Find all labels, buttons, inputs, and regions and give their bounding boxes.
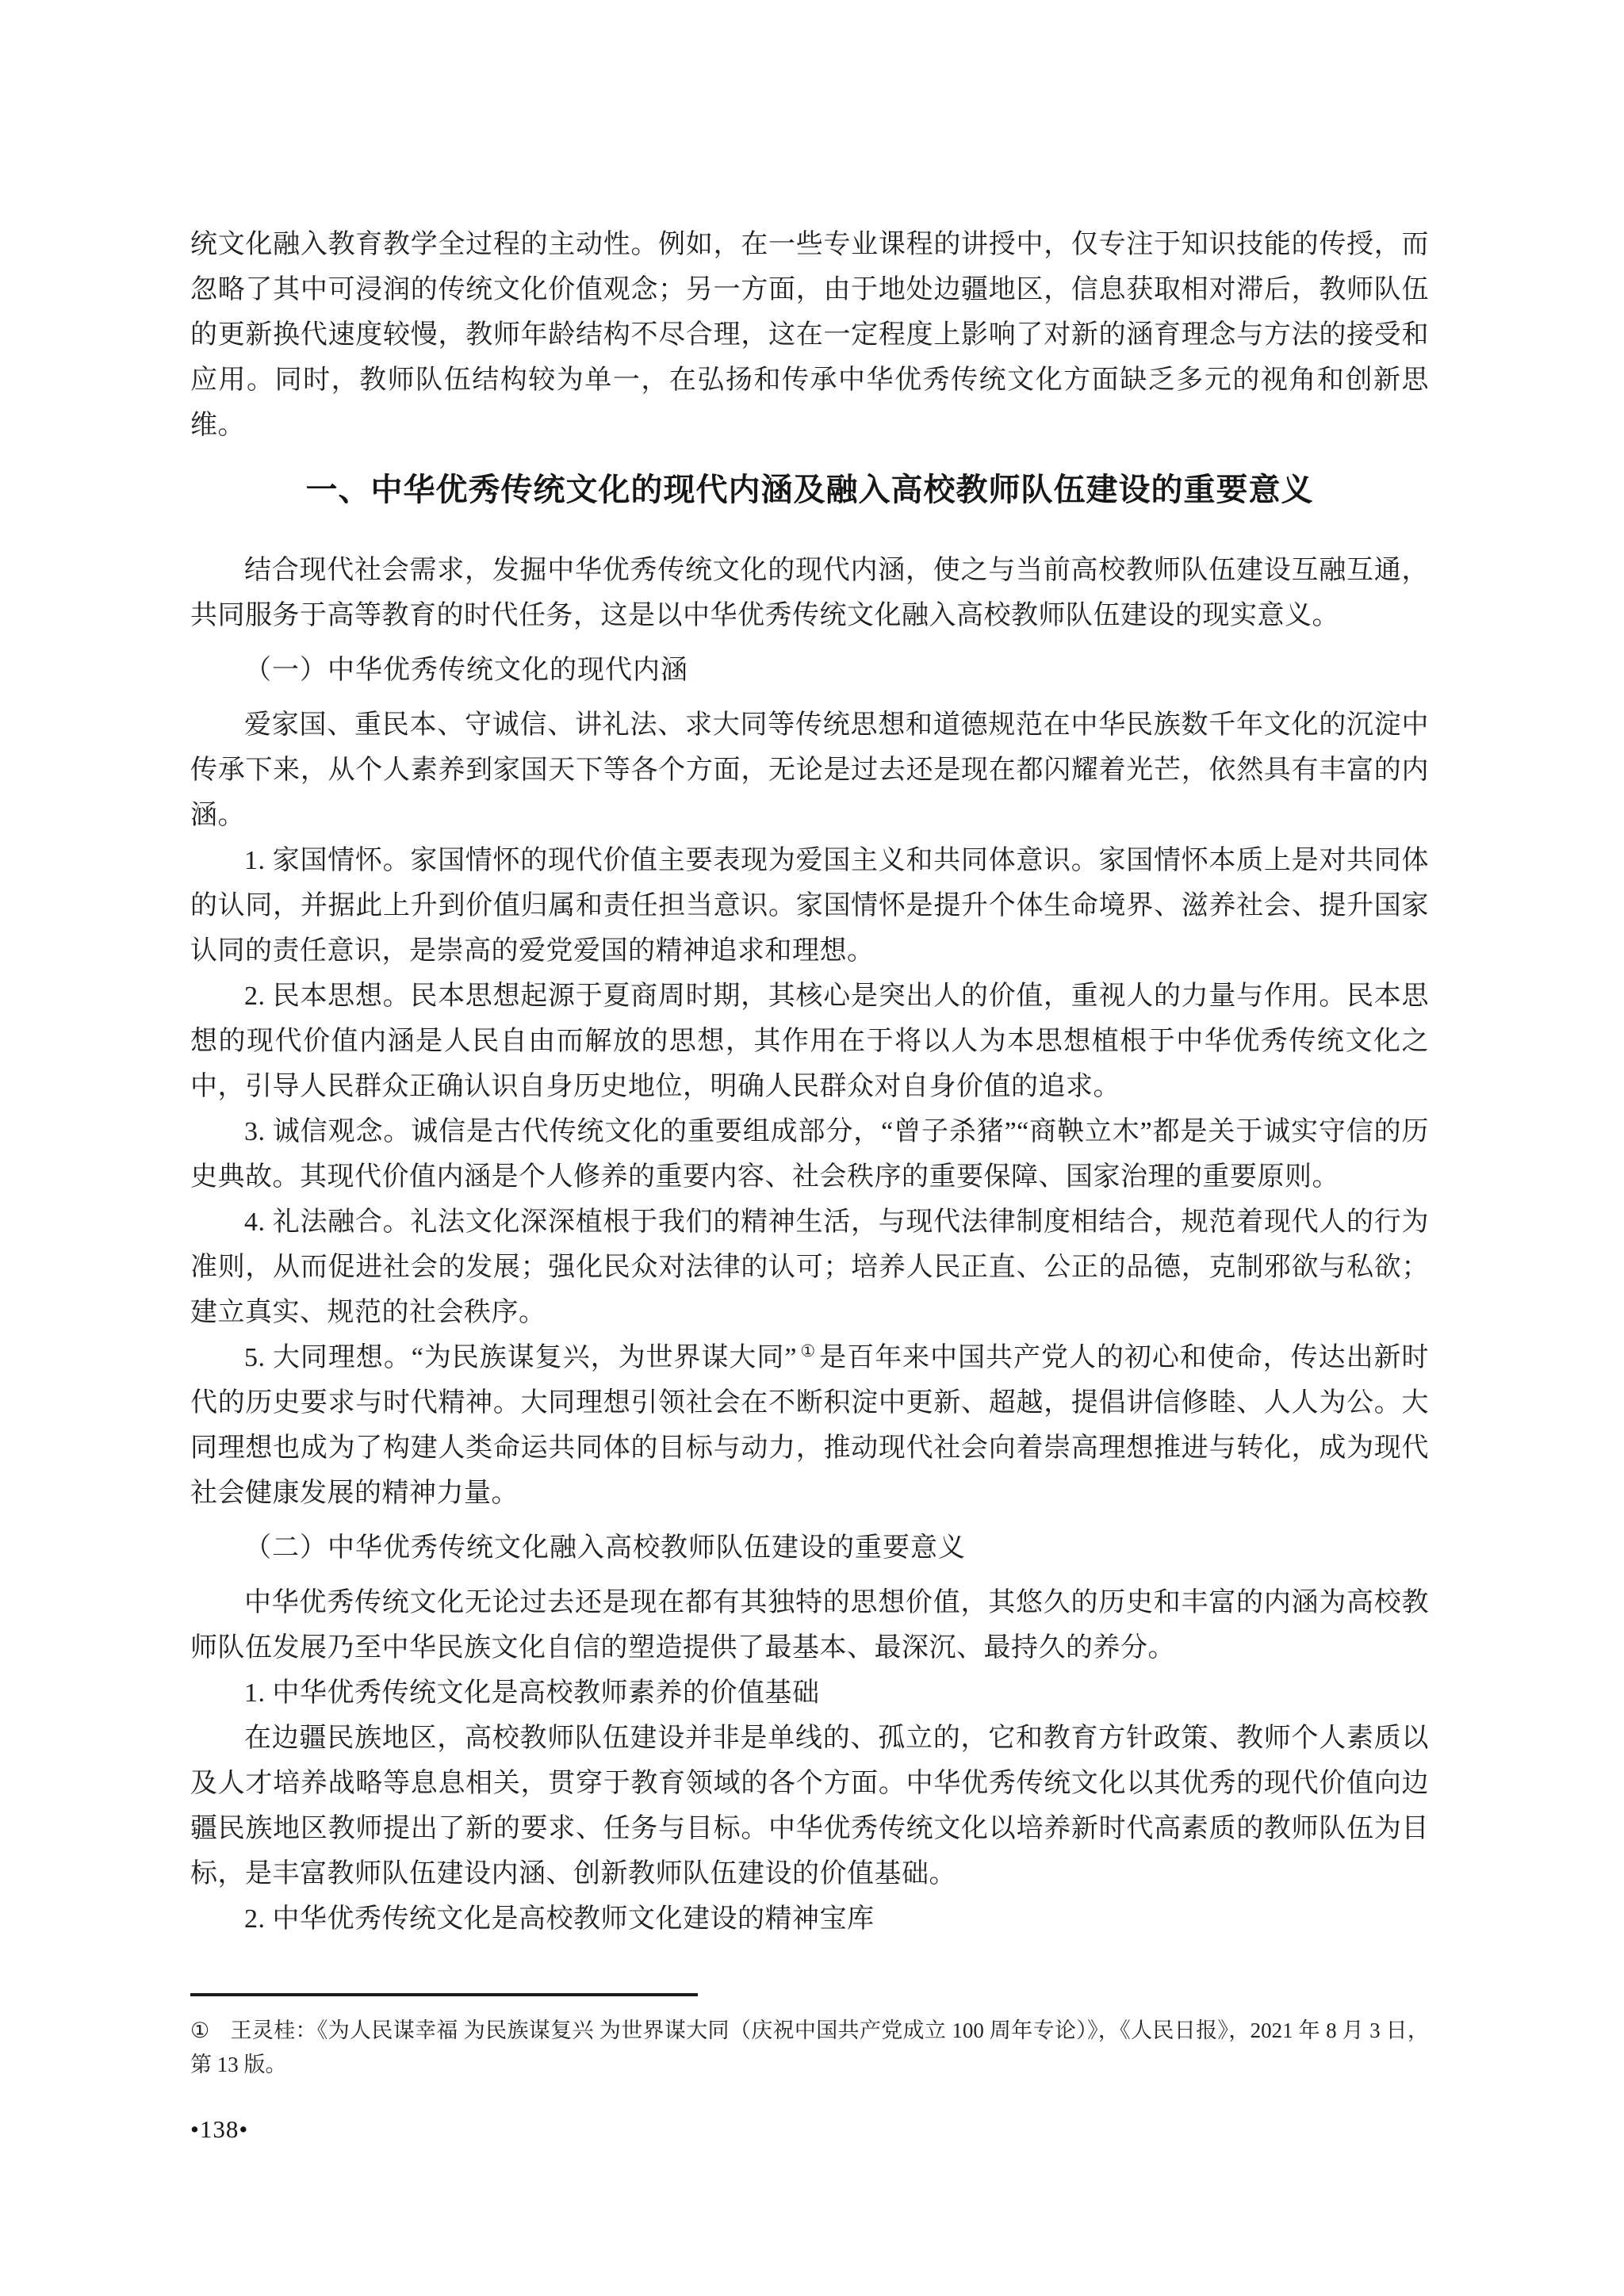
point-1-body-paragraph: 在边疆民族地区，高校教师队伍建设并非是单线的、孤立的，它和教育方针政策、教师个人… [190,1716,1429,1896]
document-page: 统文化融入教育教学全过程的主动性。例如，在一些专业课程的讲授中，仅专注于知识技能… [0,0,1624,2296]
numbered-item-5: 5. 大同理想。“为民族谋复兴，为世界谋大同”①是百年来中国共产党人的初心和使命… [190,1335,1429,1516]
paragraph-continuation: 统文化融入教育教学全过程的主动性。例如，在一些专业课程的讲授中，仅专注于知识技能… [190,222,1429,448]
point-2-heading: 2. 中华优秀传统文化是高校教师文化建设的精神宝库 [190,1896,1429,1942]
numbered-item-4: 4. 礼法融合。礼法文化深深植根于我们的精神生活，与现代法律制度相结合，规范着现… [190,1200,1429,1335]
point-1-heading: 1. 中华优秀传统文化是高校教师素养的价值基础 [190,1670,1429,1716]
numbered-item-2: 2. 民本思想。民本思想起源于夏商周时期，其核心是突出人的价值，重视人的力量与作… [190,974,1429,1109]
numbered-item-3: 3. 诚信观念。诚信是古代传统文化的重要组成部分，“曾子杀猪”“商鞅立木”都是关… [190,1109,1429,1200]
subsection-2-intro-paragraph: 中华优秀传统文化无论过去还是现在都有其独特的思想价值，其悠久的历史和丰富的内涵为… [190,1580,1429,1670]
numbered-item-5-text-before-ref: 5. 大同理想。“为民族谋复兴，为世界谋大同” [244,1343,797,1372]
footnote: ①王灵桂：《为人民谋幸福 为民族谋复兴 为世界谋大同（庆祝中国共产党成立 100… [190,2014,1429,2082]
footnote-separator [190,1993,698,1996]
footnote-area: ①王灵桂：《为人民谋幸福 为民族谋复兴 为世界谋大同（庆祝中国共产党成立 100… [190,1993,1429,2082]
subsection-2-heading: （二）中华优秀传统文化融入高校教师队伍建设的重要意义 [190,1525,1429,1571]
numbered-item-1: 1. 家国情怀。家国情怀的现代价值主要表现为爱国主义和共同体意识。家国情怀本质上… [190,838,1429,974]
subsection-1-heading: （一）中华优秀传统文化的现代内涵 [190,648,1429,693]
subsection-1-intro-paragraph: 爱家国、重民本、守诚信、讲礼法、求大同等传统思想和道德规范在中华民族数千年文化的… [190,702,1429,838]
section-heading: 一、中华优秀传统文化的现代内涵及融入高校教师队伍建设的重要意义 [190,467,1429,513]
article-body: 统文化融入教育教学全过程的主动性。例如，在一些专业课程的讲授中，仅专注于知识技能… [190,222,1429,1942]
footnote-text: 王灵桂：《为人民谋幸福 为民族谋复兴 为世界谋大同（庆祝中国共产党成立 100 … [190,2019,1429,2076]
page-number: •138• [190,2115,248,2144]
section-intro-paragraph: 结合现代社会需求，发掘中华优秀传统文化的现代内涵，使之与当前高校教师队伍建设互融… [190,548,1429,638]
footnote-reference-mark: ① [800,1341,816,1360]
footnote-marker: ① [190,2019,210,2042]
